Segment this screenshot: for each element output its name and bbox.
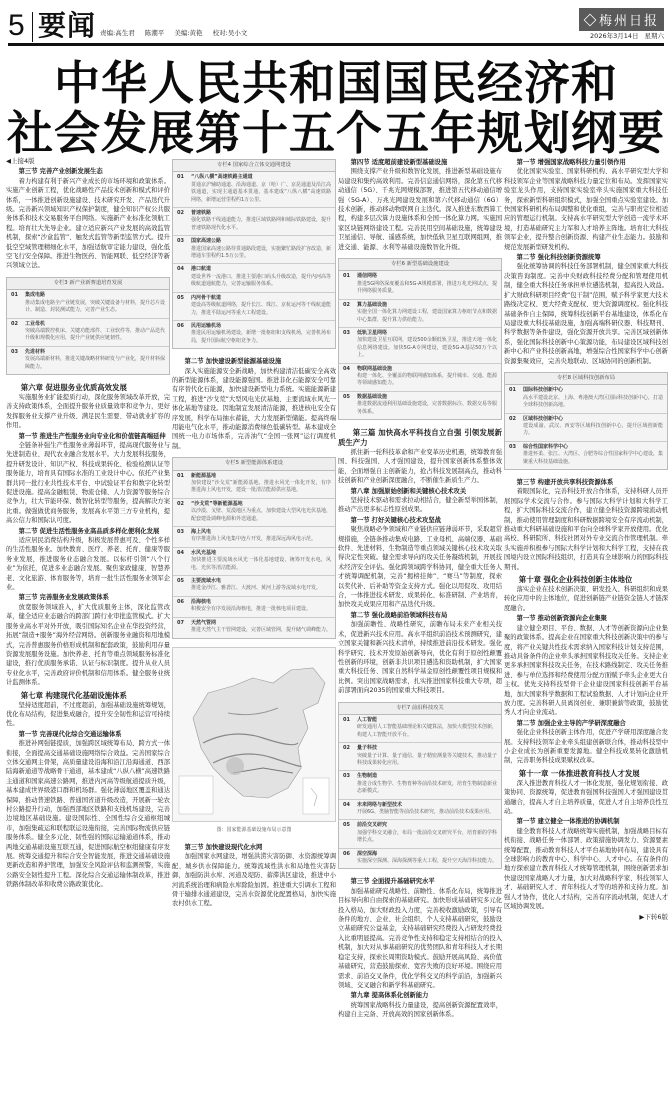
sidebar-box: 专栏3 新产业新赛道培育发展 01集成电路推动集成电路全产业链发展，突破关键设备… [6, 277, 170, 375]
box-item: 04未来网络与新型技术开展6G、类脑智能等前沿技术研究，推动前沿技术成果应用。 [339, 800, 501, 821]
box-item-heading: 国际科技创新中心 [523, 387, 563, 393]
section-name: 要闻 [38, 9, 96, 43]
box-item-number: 01 [343, 273, 357, 280]
box-item-number: 06 [177, 323, 191, 330]
box-item-number: 03 [177, 529, 191, 536]
box-item-heading: “沙戈荒”等新能源基地 [191, 501, 243, 507]
box-item-heading: 区域科技创新中心 [523, 416, 563, 422]
issue-date: 2026年3月14日星期六 [584, 31, 664, 40]
body-paragraph: 加强前瞻性、战略性研究，前瞻布局未来产业相关技术，促进新兴技术应用。高水平组织前… [338, 620, 502, 695]
credit-editor-2: 陈潮平 [145, 29, 165, 37]
box-item-number: 02 [177, 210, 191, 217]
box-item: 03综合性国家科学中心推进怀柔、张江、大湾区、合肥等综合性国家科学中心建设，集聚… [505, 442, 667, 469]
box-item-body: 积极安全有序发展沿海核电，推进一批核电项目建设。 [177, 606, 331, 613]
box-item-body: 突破高端数控机床、关键功能部件、工业软件等，推动产品迭代升级和规模化应用，提升产… [11, 328, 165, 343]
box-item-body: 加快建设“沙戈荒”新能源基地，推进水风光一体化开发，有序推进海上风电开发，建设一… [177, 480, 331, 495]
box-item-heading: 物联网基础设施 [357, 366, 392, 372]
body-paragraph: 全链条补强生产性服务业薄弱环节，提高现代服务业与先进制造业、现代农业融合发展水平… [6, 441, 170, 526]
section-heading: 第二节 加强企业主导的产学研深度融合 [504, 719, 668, 728]
box-item-body: 推进民用运输机场建设，新增一批枢纽和支线机场，完善机场布局，提升国际航空枢纽竞争… [177, 330, 331, 345]
box-item-heading: 民用运输机场 [191, 323, 221, 329]
box-item-body: 贯通京沪辅助通道、沿海通道、京（哈）广、京昆通道及沿江高铁通道，实现主通道基本贯… [177, 182, 331, 204]
box-item-heading: 沿海核电 [191, 599, 211, 605]
box-item: 01国际科技创新中心高水平建设北京、上海、粤港澳大湾区国际科技创新中心，打造全球… [505, 385, 667, 413]
box-item-heading: 集成电路 [25, 292, 45, 298]
box-item-body: 推进国家高速公路待贯通路段建设，实施繁忙路段扩容改造，新增通车里程约1.5万公里… [177, 246, 331, 261]
body-paragraph: 加强国家水网建设，增强洪涝灾害防御、水资源统筹调配、城乡供水保障能力。统筹流域性… [172, 852, 336, 908]
body-paragraph: 落实企业在技术创新决策、研发投入、科研组织和成果转化应用中的主体地位，促进创新链… [504, 585, 668, 613]
box-item-body: 突破量子计算、量子通信、量子精密测量等关键技术，推动量子科技成果转化应用。 [343, 753, 497, 768]
box-item-number: 01 [177, 174, 191, 181]
box-item-body: 强化铁路干线通道能力，推进区域铁路网和城际铁路建设，提升普速铁路现代化水平。 [177, 217, 331, 232]
credit-designer: 美编:黄艳 [174, 29, 202, 37]
chapter-heading: 第九章 提高体系化创新能力 [338, 991, 502, 1000]
box-item: 03生物制造推进合成生物学、生物育种等前沿技术研发，培育生物制造新业态新模式。 [339, 771, 501, 799]
box-item-heading: 量子科技 [357, 745, 377, 751]
box-item-body: 加快推进主要流域水风光一体化基地建设，统筹开发水电、风电、光伏等清洁能源。 [177, 557, 331, 572]
box-item: 02量子科技突破量子计算、量子通信、量子精密测量等关键技术，推动量子科技成果转化… [339, 743, 501, 771]
chapter-heading: 第十一章 一体推进教育科技人才发展 [504, 769, 668, 779]
credit-editor: 责编:高生君 [100, 29, 135, 37]
section-heading: 第二节 强化科技创新资源统筹 [504, 253, 668, 262]
section-heading: 第一节 建立健全一体推进的协调机制 [504, 817, 668, 826]
body-paragraph: 放宽服务领域准入，扩大优质服务主体，深化监管改革，健全适应业态融合的跨部门跨行业… [6, 603, 170, 688]
box-item-heading: 国家高速公路 [191, 238, 221, 244]
box-item-heading: 新能源基地 [191, 473, 216, 479]
box-item-body: 建设成渝、武汉、西安等区域科技创新中心，提升区域创新能力。 [509, 423, 663, 438]
box-item: 06深空深海实施深空探测、深海探测等重大工程，提升空天海洋科技能力。 [339, 849, 501, 869]
body-paragraph: 着力构建有利于新兴产业成长的市场环境和政策体系。实施产业创新工程，优化战略性产品… [6, 177, 170, 271]
box-item-number: 01 [11, 292, 25, 299]
box-item-heading: 综合性国家科学中心 [523, 444, 568, 450]
box-item-heading: 港口航道 [191, 266, 211, 272]
section-heading: 第三节 完善产业创新发展生态 [6, 167, 170, 176]
box-item-heading: 水风光基地 [191, 550, 216, 556]
box-item-number: 03 [343, 773, 357, 780]
chapter-heading: 第七章 构建现代化基础设施体系 [6, 691, 170, 701]
section-heading: 第四节 适度超前建设新型基础设施 [338, 158, 502, 167]
box-item: 02工业母机突破高端数控机床、关键功能部件、工业软件等，推动产品迭代升级和规模化… [7, 319, 169, 347]
body-paragraph: 强化统筹协调的科技任务部署机制，健全国家重大科技决策咨询制度。完善中央财政科技经… [504, 262, 668, 365]
box-item: 02普速铁路强化铁路干线通道能力，推进区域铁路网和城际铁路建设，提升普速铁路现代… [173, 208, 335, 236]
sidebar-box: 专栏5 新型能源体系建设 01新能源基地加快建设“沙戈荒”新能源基地，推进水风光… [172, 457, 336, 638]
box-item: 03国家高速公路推进国家高速公路待贯通路段建设，实施繁忙路段扩容改造，新增通车里… [173, 236, 335, 264]
box-item-number: 02 [343, 745, 357, 752]
article-column-3: 第四节 适度超前建设新型基础设施 围绕支撑产业升级和数智化发展，推进新型基础设施… [338, 157, 502, 1097]
body-paragraph: 深入推进教育科技人才一体化发展，强化规划衔接、政策协同、资源统筹，促进教育强国科… [504, 779, 668, 817]
box-item-heading: 先进材料 [25, 349, 45, 355]
box-item-body: 推进怀柔、张江、大湾区、合肥等综合性国家科学中心建设，集聚重大科技基础设施。 [509, 451, 663, 466]
box-item-number: 04 [343, 802, 357, 809]
box-item-body: 实施深空探测、深海探测等重大工程，提升空天海洋科技能力。 [343, 858, 497, 865]
body-paragraph: 着眼国际化，完善科技开放合作体系，支持科研人员开展国际学术交流与合作。参与国际大… [504, 487, 668, 572]
box-item-number: 01 [509, 387, 523, 394]
box-item: 01“八纵八横”高速铁路主通道贯通京沪辅助通道、沿海通道、京（哈）广、京昆通道及… [173, 172, 335, 208]
box-item-body: 建设高等级航道网络，提升长江、珠江、京杭运河等干线航道能力，推进平陆运河等重大工… [177, 302, 331, 317]
chapter-heading: 第十章 强化企业科技创新主体地位 [504, 575, 668, 585]
box-item-body: 高水平建设北京、上海、粤港澳大湾区国际科技创新中心，打造全球科技创新高地。 [509, 395, 663, 410]
box-item-body: 研发通用人工智能基础理论和关键算法，加快大模型技术创新，构建人工智能开放平台。 [343, 724, 497, 739]
box-title: 专栏5 新型能源体系建设 [173, 458, 335, 470]
section-heading: 第三节 全面提升基础研究水平 [338, 877, 502, 886]
box-item-number: 05 [177, 578, 191, 585]
editor-credits: 责编:高生君 陈潮平 美编:黄艳 校对:吴小文 [100, 28, 255, 37]
box-item-body: 发展高端新材料，推进关键战略材料研发与产业化，提升材料保障能力。 [11, 356, 165, 371]
map-caption: 图：国家能源基础设施布局示意图 [172, 826, 336, 835]
box-item-number: 03 [343, 330, 357, 337]
body-paragraph: 适应居民消费结构升级，积极发展普惠可及、个性多样的生活性服务业。加快教育、医疗、… [6, 536, 170, 592]
box-title: 专栏4 国家综合立体交通网建设 [173, 160, 335, 172]
section-heading: 第二节 加快建设新型能源基础设施 [172, 357, 336, 366]
body-paragraph: 深入实施能源安全新战略，加快构建清洁低碳安全高效的新型能源体系，建设能源强国。推… [172, 367, 336, 452]
headline-line-1: 中华人民共和国国民经济和 [0, 58, 672, 108]
weekday-text: 星期六 [645, 32, 665, 40]
article-column-4: 第一节 增强国家战略科技力量引领作用 优化国家实验室、国家科研机构、高水平研究型… [504, 157, 668, 1097]
box-item-body: 构建一体化、全覆盖的物联网感知体系，提升城市、交通、能源等领域感知能力。 [343, 373, 497, 388]
box-item-body: 实施全国一体化算力网建设工程，建设国家算力枢纽节点和数据中心集群，提升算力供给能… [343, 309, 497, 324]
body-paragraph: 健全教育科技人才战略统筹实施机制，加强战略目标有机衔接、战略任务一体部署、政策措… [504, 827, 668, 912]
box-item: 04水风光基地加快推进主要流域水风光一体化基地建设，统筹开发水电、风电、光伏等清… [173, 548, 335, 576]
section-heading: 第一节 增强国家战略科技力量引领作用 [504, 158, 668, 167]
box-item-heading: “八纵八横”高速铁路主通道 [191, 174, 253, 180]
map-illustration [173, 648, 336, 822]
box-item-body: 加快建设卫星互联网，建设500余颗低轨卫星，推进天地一体化信息网络建设。加快5G… [343, 337, 497, 359]
box-title: 专栏6 新型基础设施建设 [339, 259, 501, 271]
newspaper-logo: 梅州日报 [579, 8, 664, 31]
box-item-body: 推进金沙江、雅砻江、大渡河、黄河上游等流域水电开发。 [177, 585, 331, 592]
box-item-number: 02 [177, 501, 191, 508]
box-title: 专栏7 前沿科技攻关 [339, 703, 501, 715]
body-paragraph: 优化国家实验室、国家科研机构、高水平研究型大学和科技领军企业等国家战略科技力量定… [504, 167, 668, 252]
body-paragraph: 加强基础研究战略性、前瞻性、体系化布局，统筹推进目标导向和自由探索的基础研究。加… [338, 887, 502, 990]
body-paragraph: 推进补网强链提质，加强跨区域统筹布局、跨方式一体衔接，全面提高交通基础设施网络综… [6, 739, 170, 890]
box-item-heading: 算力基础设施 [357, 302, 387, 308]
box-item-body: 建设世界一流港口，推进主要港口码头升级改造，提升内河高等级航道通航能力，完善运输… [177, 274, 331, 289]
body-paragraph: 聚焦战略必争领域和产业链供应链薄弱环节，采取超常规措施，全链条推动集成电路、工业… [338, 525, 502, 610]
box-item: 01人工智能研发通用人工智能基础理论和关键算法，加快大模型技术创新，构建人工智能… [339, 715, 501, 743]
body-paragraph: 围绕支撑产业升级和数智化发展，推进新型基础设施布局建设和集约高效利用。完善信息通… [338, 167, 502, 252]
body-paragraph: 坚持技术驱动和需求拉动相结合，健全新型举国体制，推动产出更多标志性原创成果。 [338, 496, 502, 515]
box-item: 04港口航道建设世界一流港口，推进主要港口码头升级改造，提升内河高等级航道通航能… [173, 264, 335, 292]
box-item: 03先进材料发展高端新材料，推进关键战略材料研发与产业化，提升材料保障能力。 [7, 347, 169, 374]
box-item-heading: 未来网络与新型技术 [357, 802, 402, 808]
box-item-number: 02 [509, 416, 523, 423]
box-item-body: 推进数据流通利用基础设施建设，完善数据标注、数据交易等服务体系。 [343, 401, 497, 416]
box-item-number: 02 [343, 302, 357, 309]
logo-text: 梅州日报 [599, 14, 659, 29]
box-item-number: 04 [177, 550, 191, 557]
headline-line-2: 社会发展第十五个五年规划纲要 [0, 108, 672, 158]
chapter-heading: 第八章 加强原始创新和关键核心技术攻关 [338, 487, 502, 496]
box-item-number: 03 [509, 444, 523, 451]
box-item-heading: 海上风电 [191, 529, 211, 535]
box-item: 03海上风电有序推进海上风电集中连片开发，推进深远海风电示范。 [173, 527, 335, 548]
box-item-heading: 低轨卫星网络 [357, 330, 387, 336]
box-item-body: 以沙漠、戈壁、荒漠地区为重点，加快建设大型风电光伏基地，配套建设调峰电源和外送通… [177, 508, 331, 523]
box-item-heading: 深空深海 [357, 851, 377, 857]
section-heading: 第二节 促进生活性服务业高品质多样化便利化发展 [6, 527, 170, 536]
box-item: 01集成电路推动集成电路全产业链发展，突破关键设备与材料，提升芯片设计、制造、封… [7, 290, 169, 318]
continued-on-label[interactable]: ▶下转6版 [504, 913, 668, 922]
credit-proofreader: 校对:吴小文 [213, 29, 248, 37]
box-item-body: 推进天然气主干管网建设，完善区域管网，提升储气调峰能力。 [177, 627, 331, 634]
sidebar-box: 专栏8 区域科技创新布局 01国际科技创新中心高水平建设北京、上海、粤港澳大湾区… [504, 372, 668, 470]
sidebar-box: 专栏4 国家综合立体交通网建设 01“八纵八横”高速铁路主通道贯通京沪辅助通道、… [172, 159, 336, 349]
masthead-divider [32, 12, 33, 42]
box-item-number: 05 [343, 394, 357, 401]
article-column-1: ◀上接4版 第三节 完善产业创新发展生态 着力构建有利于新兴产业成长的市场环境和… [6, 157, 170, 1097]
box-item: 01新能源基地加快建设“沙戈荒”新能源基地，推进水风光一体化开发，有序推进海上风… [173, 471, 335, 499]
box-item-body: 开展6G、类脑智能等前沿技术研究，推动前沿技术成果应用。 [343, 809, 497, 816]
box-item-heading: 数据基础设施 [357, 394, 387, 400]
box-item-heading: 主要流域水电 [191, 578, 221, 584]
box-item-body: 推进5G网络深度覆盖和5G-A规模部署，推进万兆光网试点，提升网络服务质量。 [343, 281, 497, 296]
body-paragraph: 强化企业科技创新主体作用，促进产学研用深度融合发展。支持科技领军企业牵头组建创新… [504, 728, 668, 766]
box-item: 04物联网基础设施构建一体化、全覆盖的物联网感知体系，提升城市、交通、能源等领域… [339, 364, 501, 392]
box-title: 专栏3 新产业新赛道培育发展 [7, 278, 169, 290]
box-item: 05数据基础设施推进数据流通利用基础设施建设，完善数据标注、数据交易等服务体系。 [339, 392, 501, 419]
section-heading: 第一节 完善现代化综合交通运输体系 [6, 730, 170, 739]
box-item: 02算力基础设施实施全国一体化算力网建设工程，建设国家算力枢纽节点和数据中心集群… [339, 300, 501, 328]
china-energy-map [172, 647, 336, 822]
box-item-body: 有序推进海上风电集中连片开发，推进深远海风电示范。 [177, 536, 331, 543]
masthead: 5 要闻 责编:高生君 陈潮平 美编:黄艳 校对:吴小文 梅州日报 2026年3… [8, 6, 664, 46]
box-item-number: 04 [343, 366, 357, 373]
box-item-body: 推进合成生物学、生物育种等前沿技术研发，培育生物制造新业态新模式。 [343, 781, 497, 796]
box-item-heading: 内河骨干航道 [191, 295, 221, 301]
box-item: 06沿海核电积极安全有序发展沿海核电，推进一批核电项目建设。 [173, 597, 335, 618]
body-paragraph: 建立健全项目、平台、数据、人才等创新资源向企业集聚的政策体系。提高企业在国家重大… [504, 624, 668, 718]
sidebar-box: 专栏7 前沿科技攻关 01人工智能研发通用人工智能基础理论和关键算法，加快大模型… [338, 702, 502, 870]
box-item: 06民用运输机场推进民用运输机场建设，新增一批枢纽和支线机场，完善机场布局，提升… [173, 321, 335, 348]
box-item-number: 05 [177, 295, 191, 302]
box-item-heading: 生物制造 [357, 773, 377, 779]
article-column-2: 专栏4 国家综合立体交通网建设 01“八纵八横”高速铁路主通道贯通京沪辅助通道、… [172, 157, 336, 1097]
page-number: 5 [8, 10, 25, 42]
box-item-heading: 前沿交叉研究 [357, 822, 387, 828]
box-item-number: 02 [11, 321, 25, 328]
box-item-number: 01 [177, 473, 191, 480]
box-item-body: 推动集成电路全产业链发展，突破关键设备与材料，提升芯片设计、制造、封装测试能力，… [11, 300, 165, 315]
body-paragraph: 抓住新一轮科技革命和产业变革历史机遇，统筹教育强国、科技强国、人才强国建设，提升… [338, 448, 502, 486]
box-item-number: 03 [177, 238, 191, 245]
continued-from-label[interactable]: ◀上接4版 [6, 157, 170, 166]
box-item-number: 01 [343, 717, 357, 724]
section-heading: 第一节 推动创新资源向企业集聚 [504, 614, 668, 623]
box-item: 07天然气管网推进天然气主干管网建设，完善区域管网，提升储气调峰能力。 [173, 618, 335, 638]
body-paragraph: 坚持适度超前，不过度超前，加强基础设施统筹规划，优化布局结构，促进集成融合，提升… [6, 701, 170, 729]
box-item: 01通信网络推进5G网络深度覆盖和5G-A规模部署，推进万兆光网试点，提升网络服… [339, 271, 501, 299]
chapter-heading: 第六章 促进服务业优质高效发展 [6, 383, 170, 393]
box-item-number: 06 [177, 599, 191, 606]
body-paragraph: 统筹国家战略科技力量建设，提高创新资源配置效率，构建自主完备、开放高效的国家创新… [338, 1001, 502, 1020]
part-heading: 第三篇 加快高水平科技自立自强 引领发展新质生产力 [338, 428, 502, 448]
box-item-number: 07 [177, 620, 191, 627]
section-heading: 第一节 推进生产性服务业向专业化和价值链高端延伸 [6, 432, 170, 441]
section-heading: 第三节 完善服务业发展政策体系 [6, 593, 170, 602]
box-item-number: 03 [11, 349, 25, 356]
sidebar-box: 专栏6 新型基础设施建设 01通信网络推进5G网络深度覆盖和5G-A规模部署，推… [338, 258, 502, 420]
box-item-number: 05 [343, 822, 357, 829]
box-item: 03低轨卫星网络加快建设卫星互联网，建设500余颗低轨卫星，推进天地一体化信息网… [339, 328, 501, 364]
box-item: 02“沙戈荒”等新能源基地以沙漠、戈壁、荒漠地区为重点，加快建设大型风电光伏基地… [173, 499, 335, 527]
box-item-heading: 工业母机 [25, 321, 45, 327]
box-item: 05内河骨干航道建设高等级航道网络，提升长江、珠江、京杭运河等干线航道能力，推进… [173, 293, 335, 321]
box-item: 02区域科技创新中心建设成渝、武汉、西安等区域科技创新中心，提升区域创新能力。 [505, 414, 667, 442]
box-item-number: 04 [177, 266, 191, 273]
logo-emblem-icon [584, 14, 597, 27]
date-text: 2026年3月14日 [590, 32, 638, 40]
box-item-number: 06 [343, 851, 357, 858]
page-headline: 中华人民共和国国民经济和 社会发展第十五个五年规划纲要 [0, 58, 672, 158]
box-item: 05主要流域水电推进金沙江、雅砻江、大渡河、黄河上游等流域水电开发。 [173, 576, 335, 597]
box-item: 05前沿交叉研究加强学科交叉融合，布局一批前沿交叉研究平台，培育新的学科增长点。 [339, 820, 501, 848]
section-heading: 第一节 打好关键核心技术攻坚战 [338, 516, 502, 525]
section-heading: 第三节 构建开放共享科技资源体系 [504, 478, 668, 487]
box-item-body: 加强学科交叉融合，布局一批前沿交叉研究平台，培育新的学科增长点。 [343, 830, 497, 845]
box-item-heading: 天然气管网 [191, 620, 216, 626]
box-item-heading: 人工智能 [357, 717, 377, 723]
section-heading: 第二节 强化战略前沿领域科技布局 [338, 611, 502, 620]
box-title: 专栏8 区域科技创新布局 [505, 373, 667, 385]
box-item-heading: 通信网络 [357, 273, 377, 279]
section-heading: 第三节 加快建设现代化水网 [172, 843, 336, 852]
body-paragraph: 实施服务业扩能提质行动，深化服务领域改革开放，完善支持政策体系，全面提升服务业质… [6, 393, 170, 431]
box-item-heading: 普速铁路 [191, 210, 211, 216]
